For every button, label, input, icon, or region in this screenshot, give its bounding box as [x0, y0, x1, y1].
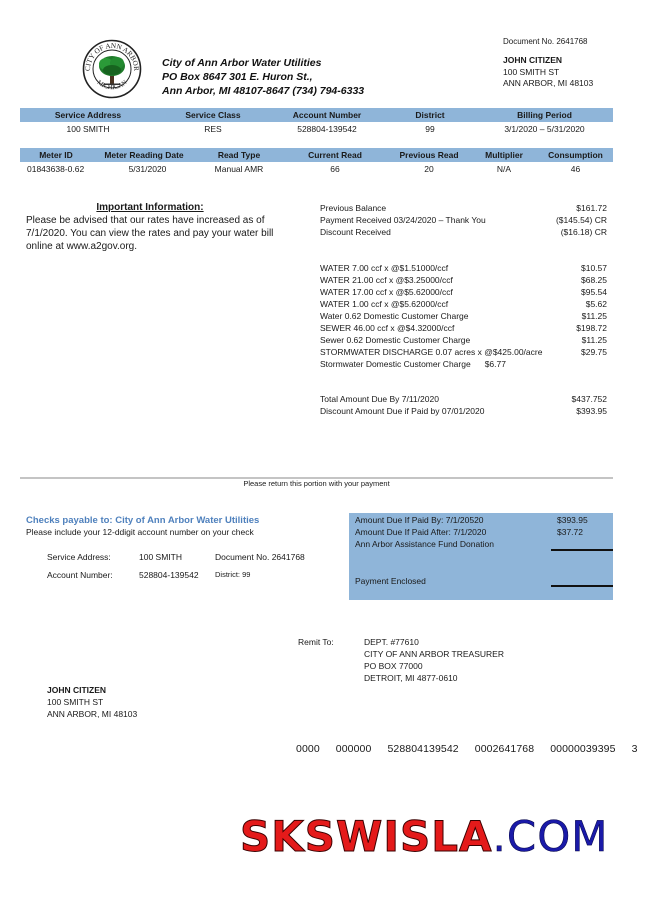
line-amount: $5.62	[586, 298, 607, 310]
org-city-phone: Ann Arbor, MI 48107-8647 (734) 794-6333	[162, 84, 364, 98]
billing-period-value: 3/1/2020 – 5/31/2020	[476, 124, 613, 134]
line-label: WATER 17.00 ccf x @$5.62000/ccf	[320, 286, 453, 298]
list-item: SEWER 46.00 ccf x @$4.32000/ccf$198.72	[320, 322, 607, 334]
mail-name: JOHN CITIZEN	[47, 684, 137, 696]
col-meter-id: Meter ID	[20, 150, 92, 160]
stub-district: District: 99	[215, 570, 250, 579]
mail-city: ANN ARBOR, MI 48103	[47, 708, 137, 720]
remit-line: CITY OF ANN ARBOR TREASURER	[364, 648, 504, 660]
line-amount: ($16.18) CR	[561, 226, 607, 238]
col-account-number: Account Number	[270, 110, 384, 120]
line-label: Sewer 0.62 Domestic Customer Charge	[320, 334, 470, 346]
line-label: WATER 21.00 ccf x @$3.25000/ccf	[320, 274, 453, 286]
donation-amount-field[interactable]	[551, 549, 613, 551]
multiplier-value: N/A	[470, 164, 538, 174]
district-value: 99	[384, 124, 476, 134]
tree-seal-icon: CITY OF ANN ARBOR MICHIGAN	[82, 39, 142, 99]
line-amount: $393.95	[576, 405, 607, 417]
table-row: 100 SMITH RES 528804-139542 99 3/1/2020 …	[20, 122, 613, 136]
checks-payable: Checks payable to: City of Ann Arbor Wat…	[26, 515, 259, 526]
customer-street: 100 SMITH ST	[503, 67, 593, 79]
charge-lines: WATER 7.00 ccf x @$1.51000/ccf$10.57 WAT…	[320, 262, 607, 370]
payment-enclosed-field[interactable]	[551, 585, 613, 587]
line-amount: $10.57	[581, 262, 607, 274]
col-read-type: Read Type	[196, 150, 282, 160]
service-address-value: 100 SMITH	[20, 124, 156, 134]
return-portion-note: Please return this portion with your pay…	[20, 479, 613, 488]
discount-due: Discount Amount Due if Paid by 07/01/202…	[320, 405, 607, 417]
col-district: District	[384, 110, 476, 120]
stub-account-number-value: 528804-139542	[139, 570, 199, 580]
line-amount: $437.752	[572, 393, 607, 405]
amount-due-by-label: Amount Due If Paid By: 7/1/20520	[355, 515, 484, 525]
org-po-box: PO Box 8647 301 E. Huron St.,	[162, 70, 364, 84]
line-label: Total Amount Due By 7/11/2020	[320, 393, 439, 405]
mailing-address: JOHN CITIZEN 100 SMITH ST ANN ARBOR, MI …	[47, 684, 137, 720]
important-info-title: Important Information:	[20, 202, 280, 213]
line-label: STORMWATER DISCHARGE 0.07 acres x @$425.…	[320, 346, 542, 358]
document-number: Document No. 2641768	[503, 37, 588, 46]
stub-document-number: Document No. 2641768	[215, 552, 305, 562]
line-amount: $29.75	[581, 346, 607, 358]
important-info-body: Please be advised that our rates have in…	[26, 214, 296, 253]
line-amount: $95.54	[581, 286, 607, 298]
total-lines: Total Amount Due By 7/11/2020$437.752 Di…	[320, 393, 607, 417]
col-previous-read: Previous Read	[388, 150, 470, 160]
meter-table: Meter ID Meter Reading Date Read Type Cu…	[20, 148, 613, 176]
customer-name: JOHN CITIZEN	[503, 55, 593, 67]
line-amount: $11.25	[582, 334, 607, 346]
col-billing-period: Billing Period	[476, 110, 613, 120]
consumption-value: 46	[538, 164, 613, 174]
remit-line: DETROIT, MI 4877-0610	[364, 672, 504, 684]
watermark: SKSWISLA.COM	[240, 812, 609, 861]
list-item: Discount Received($16.18) CR	[320, 226, 607, 238]
line-amount: $11.25	[582, 310, 607, 322]
current-read-value: 66	[282, 164, 388, 174]
line-amount: $6.77	[485, 358, 506, 370]
meter-id-value: 01843638-0.62	[20, 164, 99, 174]
list-item: Water 0.62 Domestic Customer Charge$11.2…	[320, 310, 607, 322]
micr-scan-line: 0000 000000 528804139542 0002641768 0000…	[296, 743, 638, 755]
service-class-value: RES	[156, 124, 270, 134]
service-table: Service Address Service Class Account Nu…	[20, 108, 613, 136]
remit-line: DEPT. #77610	[364, 636, 504, 648]
mail-street: 100 SMITH ST	[47, 696, 137, 708]
col-consumption: Consumption	[538, 150, 613, 160]
line-amount: $68.25	[581, 274, 607, 286]
list-item: WATER 7.00 ccf x @$1.51000/ccf$10.57	[320, 262, 607, 274]
line-label: Stormwater Domestic Customer Charge	[320, 358, 471, 370]
remit-address: DEPT. #77610 CITY OF ANN ARBOR TREASURER…	[364, 636, 504, 684]
table-row: 01843638-0.62 5/31/2020 Manual AMR 66 20…	[20, 162, 613, 176]
col-multiplier: Multiplier	[470, 150, 538, 160]
line-amount: $161.72	[576, 202, 607, 214]
org-name: City of Ann Arbor Water Utilities	[162, 56, 364, 70]
watermark-part-1: SKSWISLA	[240, 812, 493, 861]
include-account-note: Please include your 12-ddigit account nu…	[26, 527, 254, 537]
list-item: WATER 1.00 ccf x @$5.62000/ccf$5.62	[320, 298, 607, 310]
remit-line: PO BOX 77000	[364, 660, 504, 672]
service-table-header: Service Address Service Class Account Nu…	[20, 108, 613, 122]
line-label: Discount Received	[320, 226, 391, 238]
line-label: Discount Amount Due if Paid by 07/01/202…	[320, 405, 484, 417]
line-label: Previous Balance	[320, 202, 386, 214]
col-service-address: Service Address	[20, 110, 156, 120]
stub-service-address-label: Service Address:	[47, 552, 111, 562]
line-amount: ($145.54) CR	[556, 214, 607, 226]
donation-label: Ann Arbor Assistance Fund Donation	[355, 539, 494, 549]
col-meter-reading-date: Meter Reading Date	[92, 150, 196, 160]
utility-org-address: City of Ann Arbor Water Utilities PO Box…	[162, 56, 364, 98]
line-label: WATER 1.00 ccf x @$5.62000/ccf	[320, 298, 448, 310]
amount-due-after-label: Amount Due If Paid After: 7/1/2020	[355, 527, 486, 537]
balance-summary: Previous Balance$161.72 Payment Received…	[320, 202, 607, 238]
amount-due-after-value: $37.72	[557, 527, 583, 537]
list-item: Previous Balance$161.72	[320, 202, 607, 214]
customer-city: ANN ARBOR, MI 48103	[503, 78, 593, 90]
line-label: WATER 7.00 ccf x @$1.51000/ccf	[320, 262, 448, 274]
amount-due-by-value: $393.95	[557, 515, 588, 525]
line-amount: $198.72	[576, 322, 607, 334]
list-item: STORMWATER DISCHARGE 0.07 acres x @$425.…	[320, 346, 607, 358]
remit-to-label: Remit To:	[298, 636, 334, 648]
line-label: SEWER 46.00 ccf x @$4.32000/ccf	[320, 322, 454, 334]
meter-reading-date-value: 5/31/2020	[99, 164, 196, 174]
list-item: WATER 21.00 ccf x @$3.25000/ccf$68.25	[320, 274, 607, 286]
read-type-value: Manual AMR	[196, 164, 282, 174]
account-number-value: 528804-139542	[270, 124, 384, 134]
line-label: Payment Received 03/24/2020 – Thank You	[320, 214, 486, 226]
list-item: Stormwater Domestic Customer Charge$6.77	[320, 358, 607, 370]
stub-account-number-label: Account Number:	[47, 570, 113, 580]
line-label: Water 0.62 Domestic Customer Charge	[320, 310, 469, 322]
list-item: WATER 17.00 ccf x @$5.62000/ccf$95.54	[320, 286, 607, 298]
payment-coupon-box: Amount Due If Paid By: 7/1/20520 $393.95…	[349, 513, 613, 600]
col-current-read: Current Read	[282, 150, 388, 160]
city-seal-logo: CITY OF ANN ARBOR MICHIGAN	[82, 39, 142, 99]
list-item: Sewer 0.62 Domestic Customer Charge$11.2…	[320, 334, 607, 346]
meter-table-header: Meter ID Meter Reading Date Read Type Cu…	[20, 148, 613, 162]
watermark-part-2: .COM	[493, 812, 609, 861]
col-service-class: Service Class	[156, 110, 270, 120]
stub-service-address-value: 100 SMITH	[139, 552, 182, 562]
customer-address: JOHN CITIZEN 100 SMITH ST ANN ARBOR, MI …	[503, 55, 593, 90]
previous-read-value: 20	[388, 164, 470, 174]
total-due: Total Amount Due By 7/11/2020$437.752	[320, 393, 607, 405]
list-item: Payment Received 03/24/2020 – Thank You(…	[320, 214, 607, 226]
payment-enclosed-label: Payment Enclosed	[355, 576, 426, 586]
